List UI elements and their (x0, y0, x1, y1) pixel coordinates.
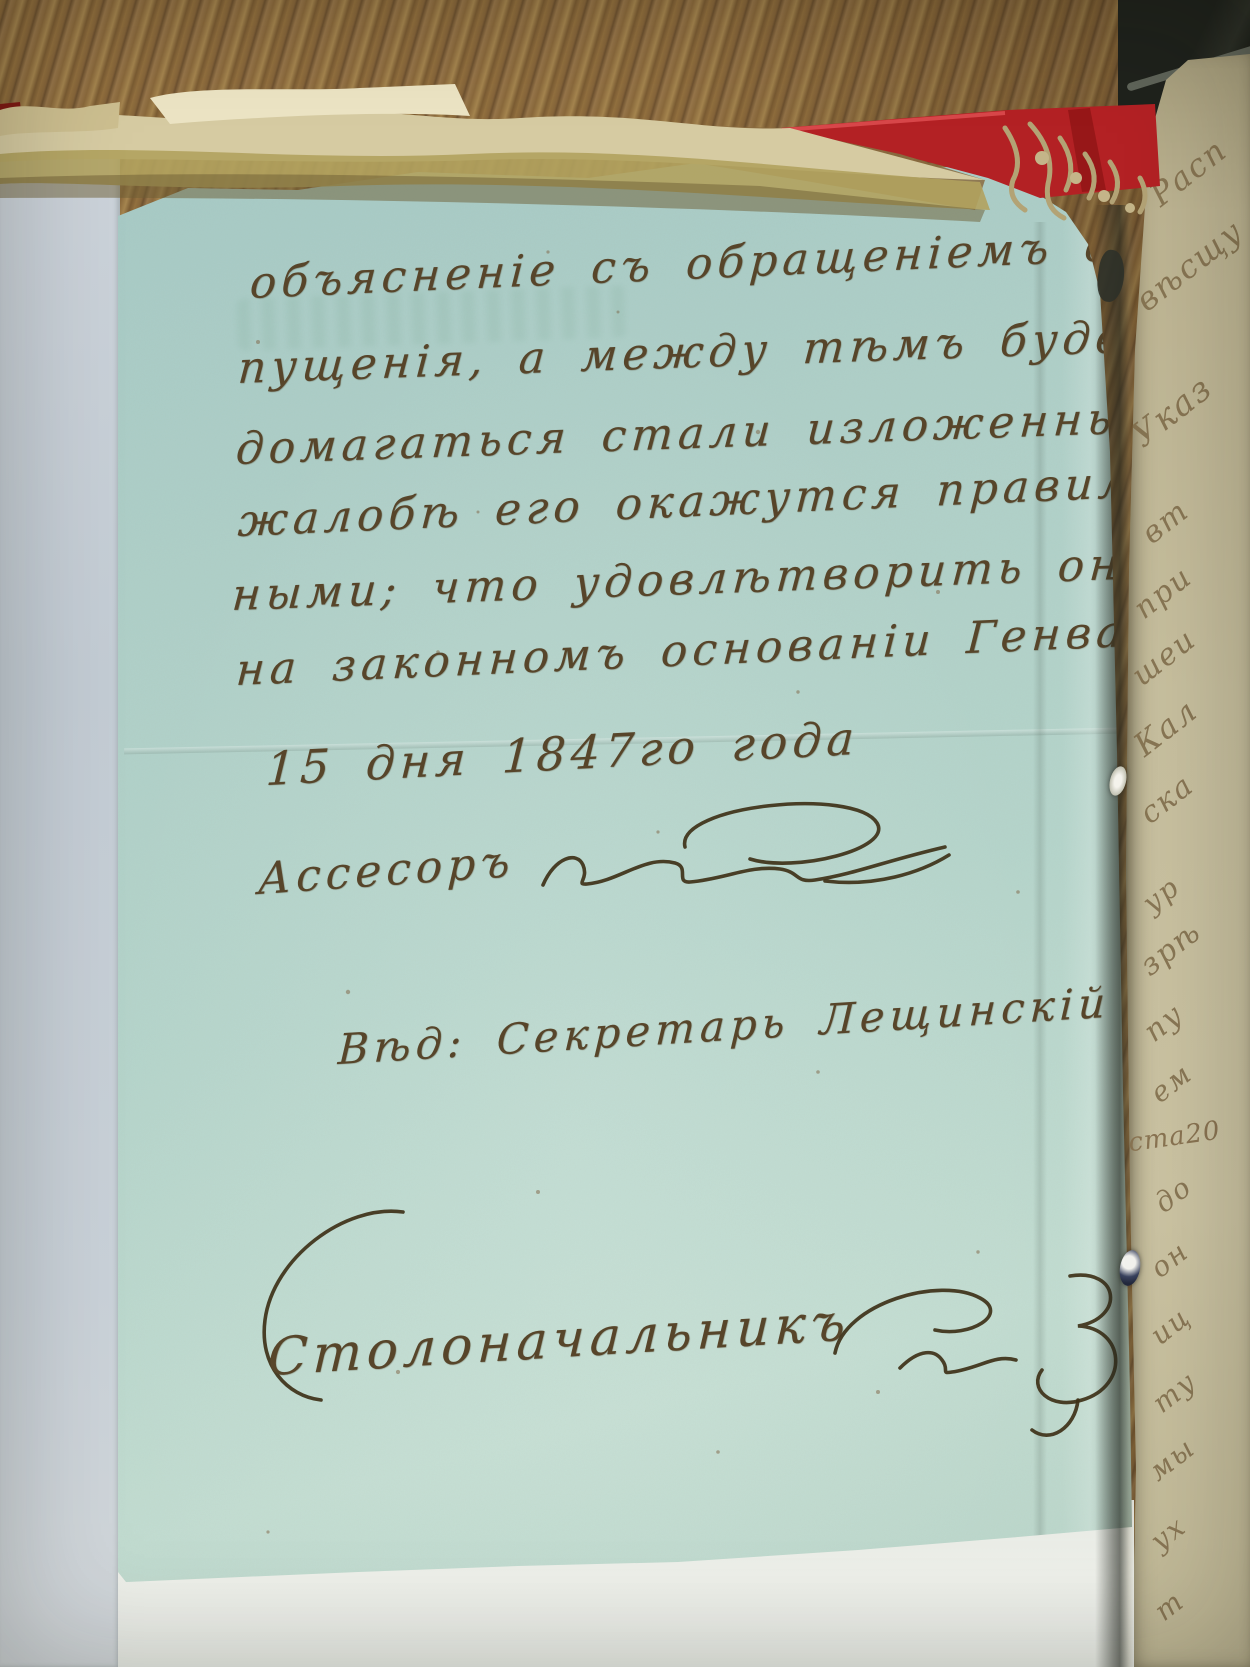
left-sheet-edge (0, 148, 120, 1667)
right-page-text-fragment: ур (1136, 870, 1186, 920)
right-page-text-fragment: при (1127, 559, 1199, 626)
clerk-signature (820, 1258, 1120, 1458)
right-page-text-fragment: ем (1144, 1057, 1199, 1110)
sheet-number-note: ста20 (1126, 1116, 1222, 1159)
right-page-text-fragment: Указ (1124, 368, 1221, 456)
page-gap-shadow (1095, 205, 1135, 1667)
right-page-text-fragment: он (1144, 1234, 1195, 1284)
right-page-text-fragment: иц (1144, 1300, 1197, 1352)
manuscript-page: объясненіе съ обращеніемъ сама пущенія, … (118, 132, 1132, 1587)
right-page-text-fragment: шеи (1125, 622, 1203, 694)
right-page-text-fragment: т (1148, 1584, 1191, 1628)
right-page-text-fragment: мы (1142, 1431, 1202, 1488)
right-page-text-fragment: ска (1133, 768, 1201, 832)
tattered-page-edges (0, 58, 1250, 258)
right-page-text-fragment: зрѣ (1133, 914, 1208, 983)
right-page-text-fragment: Кал (1126, 691, 1205, 764)
right-page-text-fragment: пу (1137, 997, 1191, 1050)
photo-archival-manuscript: Расп вѣсщу Указ вт при шеи Кал ска ур зр… (0, 0, 1250, 1667)
adjacent-page: Расп вѣсщу Указ вт при шеи Кал ска ур зр… (1124, 50, 1250, 1667)
right-page-text-fragment: ух (1144, 1509, 1193, 1557)
right-page-text-fragment: вт (1135, 493, 1196, 551)
assessor-signature (525, 785, 955, 910)
right-page-text-fragment: ту (1146, 1365, 1203, 1420)
right-page-text-fragment: до (1148, 1170, 1199, 1220)
